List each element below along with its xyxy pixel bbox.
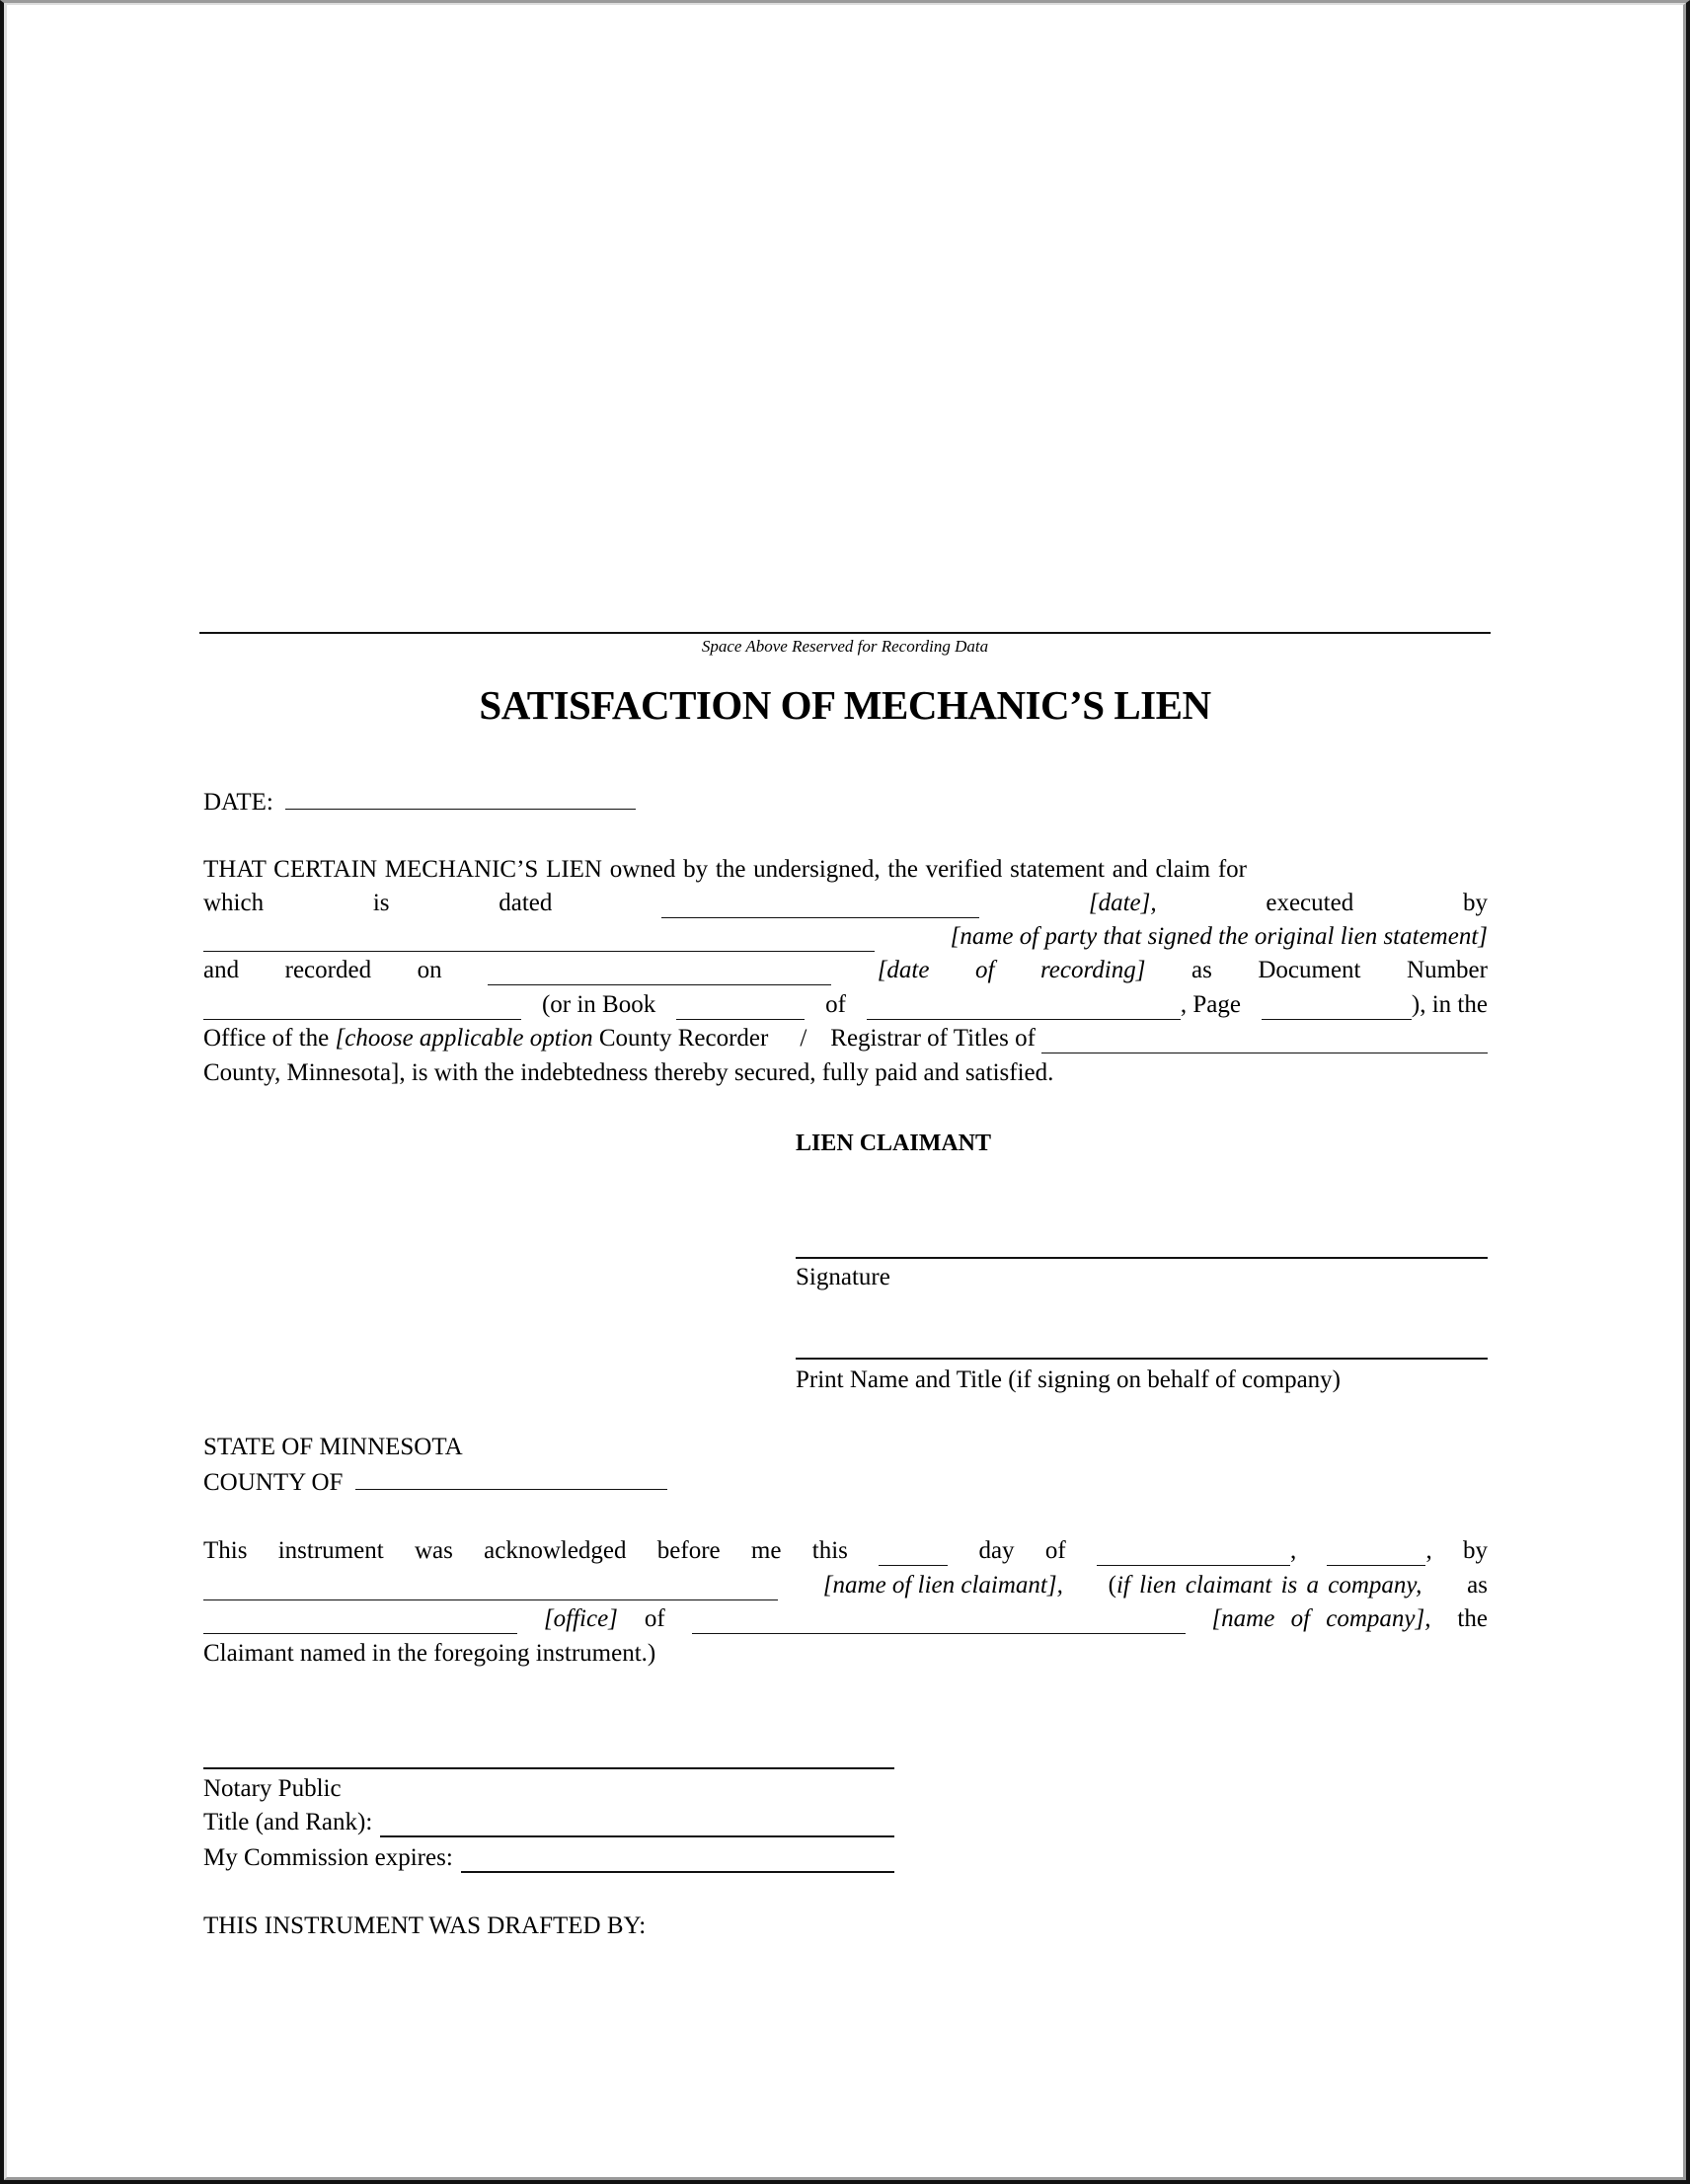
recording-date-field[interactable] [488,963,831,985]
county-field[interactable] [355,1467,667,1490]
title-rank-field[interactable] [380,1814,894,1837]
paragraph-text: THAT CERTAIN MECHANIC’S LIEN owned by th… [203,855,1247,885]
commission-field[interactable] [461,1849,894,1873]
county-label: COUNTY OF [203,1469,343,1496]
year-group: , [1327,1536,1431,1566]
ack-line-3: [office] of [name of company], the [203,1604,1488,1634]
notary-commission-line: My Commission expires: [203,1843,894,1873]
text: , Page [1181,990,1241,1020]
ack-line-2: [name of lien claimant], (if lien claima… [203,1571,1488,1600]
ack-line-4: Claimant named in the foregoing instrume… [203,1639,1488,1669]
text: day [978,1536,1014,1566]
text: by [1463,889,1488,918]
notary-signature-field[interactable] [203,1767,894,1769]
print-name-field[interactable] [796,1358,1488,1360]
print-name-label: Print Name and Title (if signing on beha… [796,1365,1341,1395]
date-label: DATE: [203,789,273,816]
drafted-by-label: THIS INSTRUMENT WAS DRAFTED BY: [203,1911,1488,1941]
lien-date-field[interactable] [661,896,979,918]
text: of [645,1604,665,1634]
text: acknowledged [484,1536,626,1566]
signer-name-field[interactable] [203,929,875,952]
hint-text: [date [878,956,930,985]
company-hint-group: (if lien claimant is a company, [1109,1571,1422,1600]
text: as [1191,956,1212,985]
text: (or in Book [542,990,655,1020]
document-page: Space Above Reserved for Recording Data … [0,0,1690,2184]
recording-space-rule [199,632,1491,634]
hint-text: [name of lien claimant], [823,1571,1063,1600]
text: ( [1109,1571,1116,1600]
signature-label: Signature [796,1263,890,1292]
text: on [418,956,442,985]
document-number-field[interactable] [203,997,521,1020]
text: of [825,990,846,1020]
text: Office of the [203,1024,336,1053]
text: Registrar of Titles of [830,1024,1036,1053]
paragraph-line-1: THAT CERTAIN MECHANIC’S LIEN owned by th… [203,855,1488,885]
paragraph-line-7: County, Minnesota], is with the indebted… [203,1058,1488,1088]
text: instrument [278,1536,384,1566]
text: by [1463,1536,1488,1566]
hint-text: recording] [1040,956,1145,985]
paragraph-line-6: Office of the [choose applicable option … [203,1024,1488,1053]
hint-text: [name of company], [1211,1604,1430,1634]
state-label: STATE OF MINNESOTA [203,1433,1488,1462]
month-field[interactable] [1097,1543,1290,1566]
text: executed [1266,889,1353,918]
hint-text: of [975,956,994,985]
comma: , [1425,1536,1431,1566]
date-line: DATE: [203,787,1488,817]
text: County Recorder [593,1024,769,1053]
text: before [657,1536,721,1566]
hint-text: [choose applicable option [336,1024,593,1053]
text: Document [1258,956,1360,985]
text: this [812,1536,848,1566]
hint-text: [name of party that signed the original … [951,922,1488,952]
text: and [203,956,239,985]
notary-public-label: Notary Public [203,1774,1488,1804]
text: dated [499,889,552,918]
recording-space-note: Space Above Reserved for Recording Data [0,637,1690,657]
commission-label: My Commission expires: [203,1843,453,1873]
ack-line-1: This instrument was acknowledged before … [203,1536,1488,1566]
registrar-county-field[interactable] [1041,1031,1488,1053]
page-field[interactable] [1262,997,1412,1020]
paragraph-line-3: [name of party that signed the original … [203,922,1488,952]
option-separator: / [800,1024,807,1053]
title-rank-label: Title (and Rank): [203,1808,372,1837]
text: which [203,889,264,918]
book-field[interactable] [676,997,805,1020]
page-group: ), in the [1262,990,1488,1020]
text: was [415,1536,453,1566]
hint-text: [date], [1089,889,1157,918]
month-group: , [1097,1536,1296,1566]
year-field[interactable] [1327,1543,1425,1566]
text: This [203,1536,247,1566]
paragraph-line-4: and recorded on [date of recording] as D… [203,956,1488,985]
book-county-field[interactable] [867,997,1181,1020]
office-field[interactable] [203,1611,517,1634]
text: the [1457,1604,1488,1634]
day-field[interactable] [879,1543,948,1566]
text: Number [1407,956,1488,985]
paragraph-line-2: which is dated [date], executed by [203,889,1488,918]
of-county-group: , Page [867,990,1241,1020]
text: ), in the [1412,990,1488,1020]
text: of [1045,1536,1066,1566]
signature-field[interactable] [796,1257,1488,1259]
date-field[interactable] [285,787,636,810]
text: me [751,1536,782,1566]
text: as [1467,1571,1488,1600]
company-name-field[interactable] [692,1611,1186,1634]
lien-claimant-heading: LIEN CLAIMANT [796,1129,991,1158]
hint-text: if lien claimant is a company, [1116,1571,1421,1600]
text: is [373,889,390,918]
notary-title-line: Title (and Rank): [203,1808,894,1837]
hint-text: [office] [544,1604,618,1634]
comma: , [1290,1536,1296,1566]
claimant-name-field[interactable] [203,1578,778,1600]
text: recorded [285,956,371,985]
document-title: SATISFACTION OF MECHANIC’S LIEN [0,681,1690,729]
county-line: COUNTY OF [203,1467,1488,1497]
paragraph-line-5: (or in Book of , Page ), in the [203,990,1488,1020]
